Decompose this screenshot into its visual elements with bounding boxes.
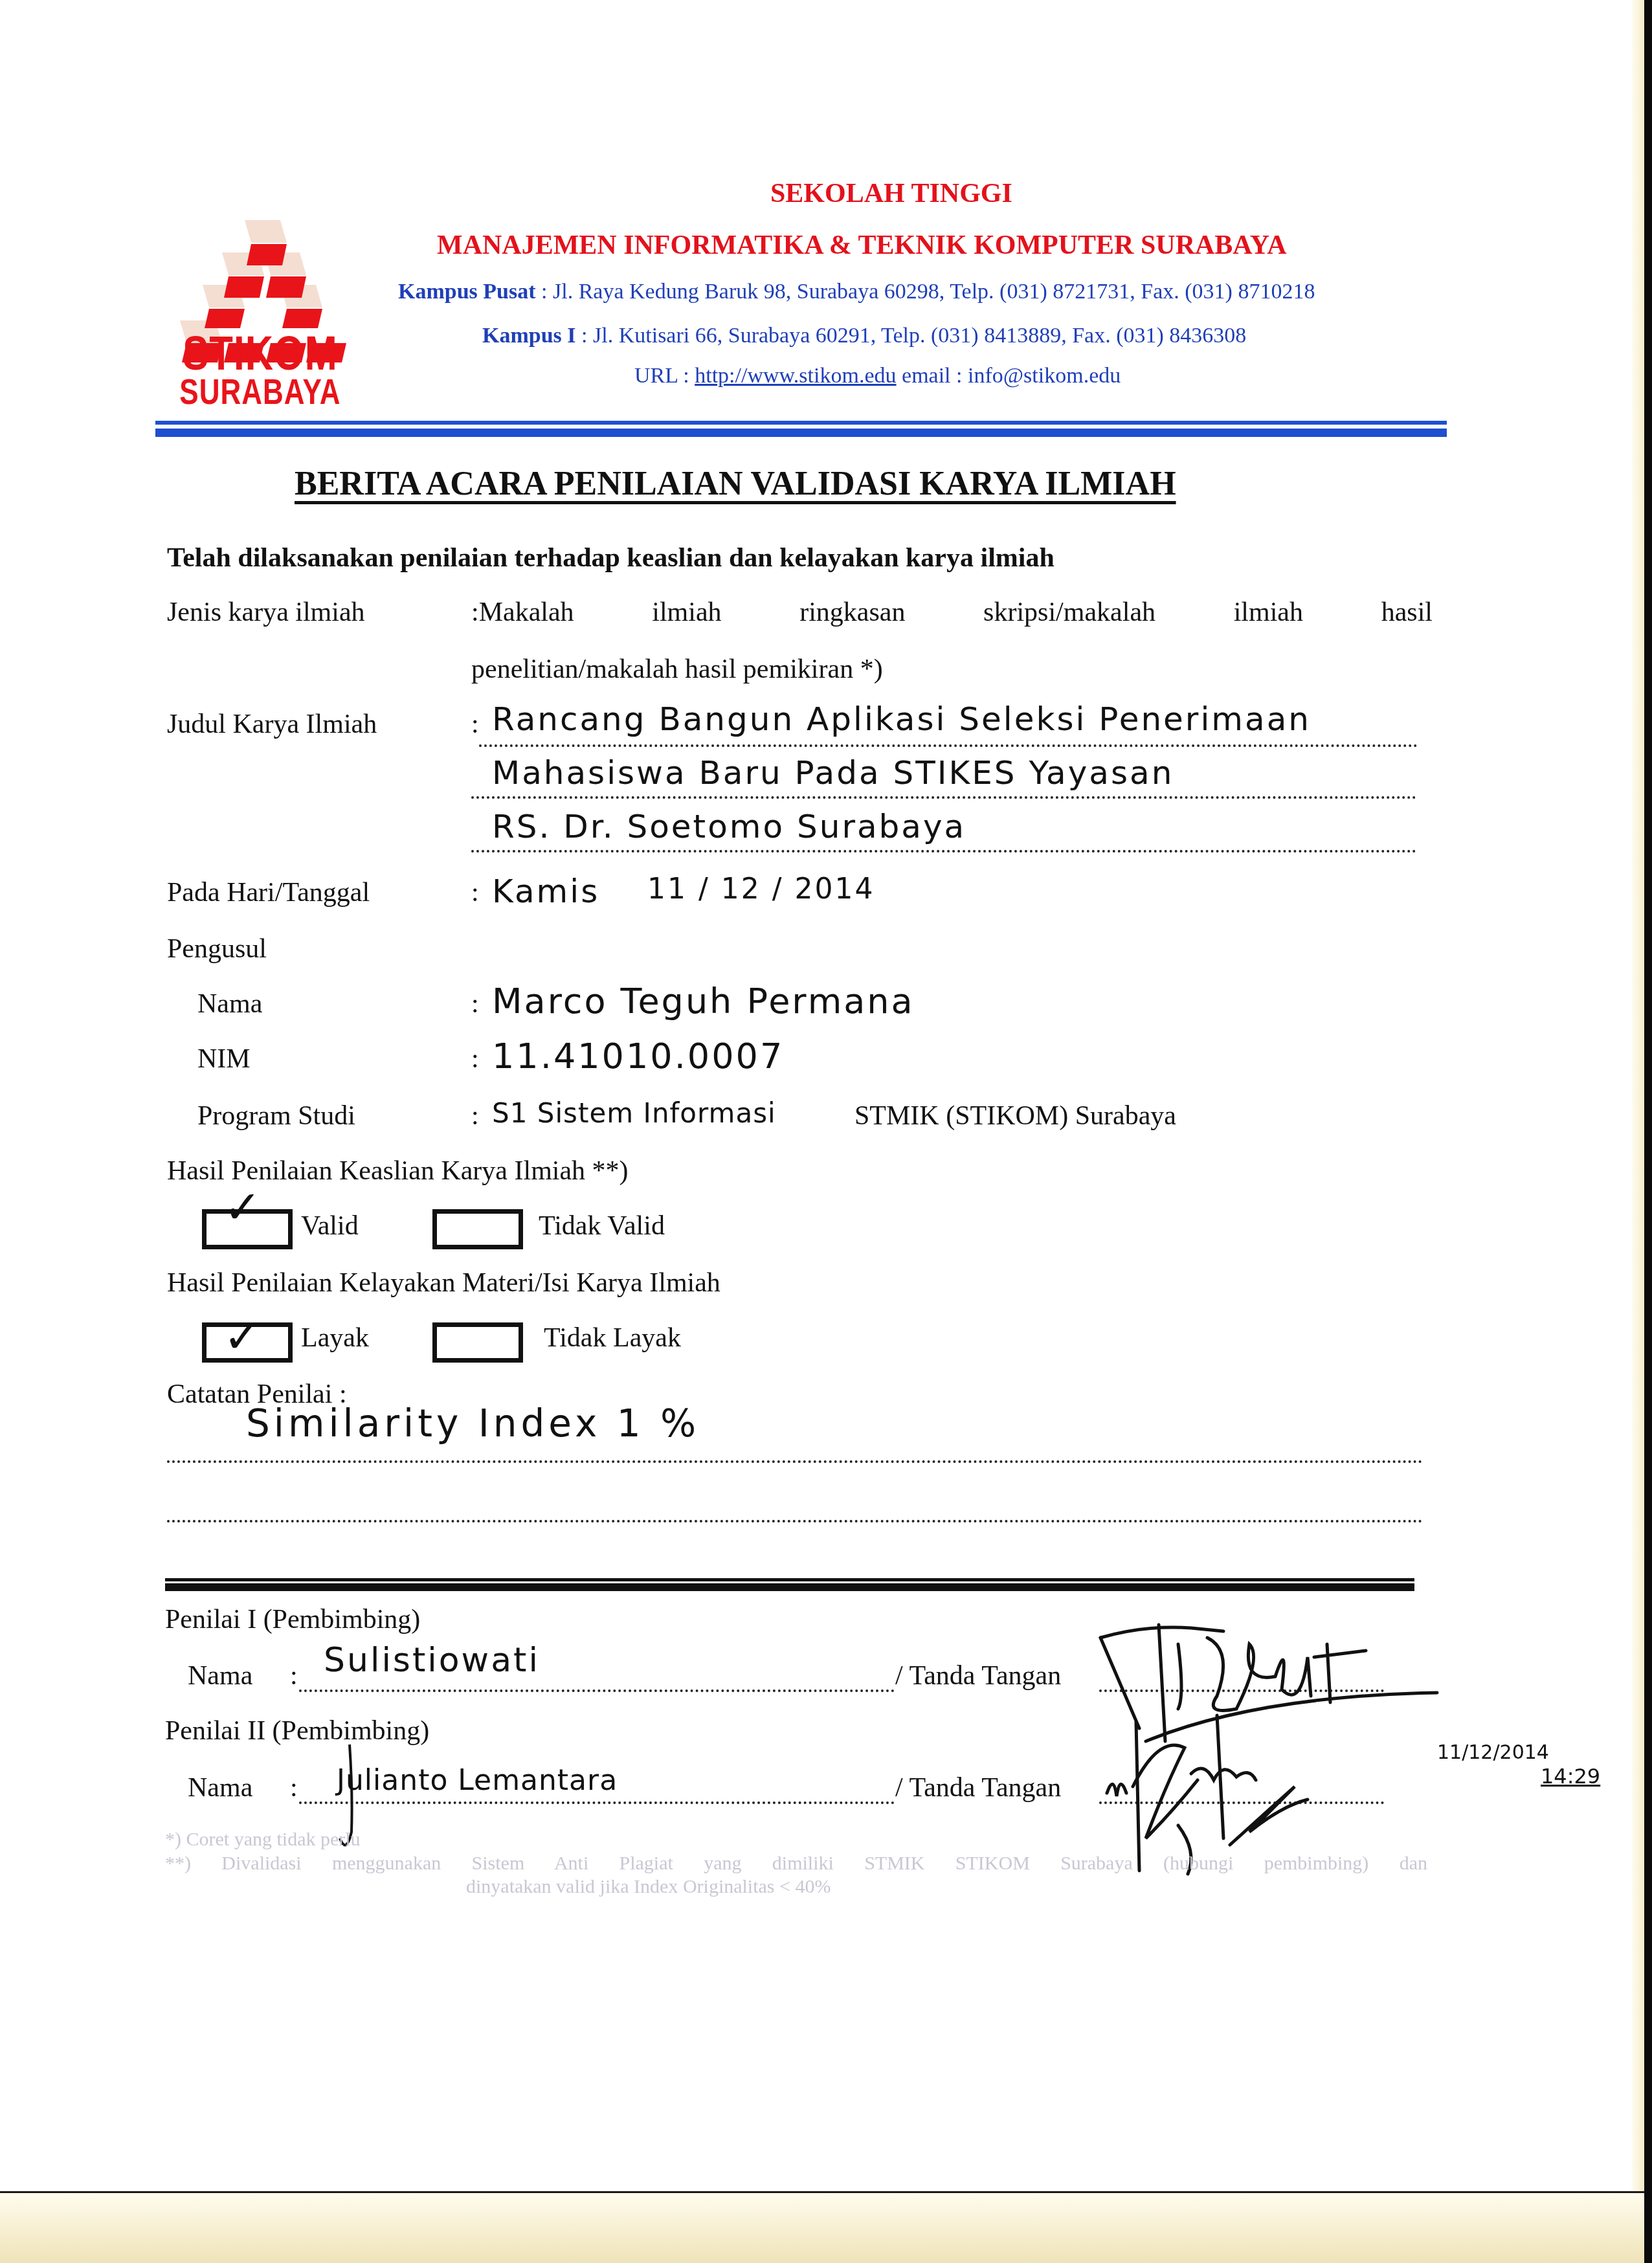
judul-colon: : bbox=[471, 709, 479, 740]
footnote-3: dinyatakan valid jika Index Originalitas… bbox=[466, 1876, 831, 1898]
penilai-2-heading: Penilai II (Pembimbing) bbox=[165, 1715, 429, 1746]
scanner-border bbox=[1644, 0, 1652, 2263]
document-title: BERITA ACARA PENILAIAN VALIDASI KARYA IL… bbox=[295, 465, 1176, 503]
campus-main-address: Kampus Pusat : Jl. Raya Kedung Baruk 98,… bbox=[398, 280, 1315, 304]
catatan-dotted-line-1 bbox=[167, 1460, 1423, 1463]
url-label: URL : bbox=[634, 364, 695, 388]
jenis-value-line-2: penelitian/makalah hasil pemikiran *) bbox=[471, 654, 883, 685]
section-divider-thick bbox=[165, 1583, 1414, 1591]
pengusul-name: Marco Teguh Permana bbox=[492, 981, 915, 1021]
penilai-1-colon: : bbox=[290, 1660, 298, 1691]
jenis-word: :Makalah bbox=[471, 597, 574, 628]
header-divider-thick bbox=[155, 429, 1447, 437]
tanggal-label: Pada Hari/Tanggal bbox=[167, 877, 370, 908]
jenis-word: ilmiah bbox=[652, 597, 721, 628]
prodi-printed: STMIK (STIKOM) Surabaya bbox=[854, 1100, 1176, 1131]
tanggal-day: Kamis bbox=[492, 873, 599, 910]
penilai-2-name-label: Nama bbox=[188, 1772, 252, 1803]
tanggal-date: 11 / 12 / 2014 bbox=[647, 873, 875, 906]
tanggal-colon: : bbox=[471, 877, 479, 908]
contact-line: URL : http://www.stikom.edu email : info… bbox=[634, 364, 1121, 388]
jenis-word: skripsi/makalah bbox=[983, 597, 1155, 628]
penilai-2-colon: : bbox=[290, 1772, 298, 1803]
judul-handwritten-line-1: Rancang Bangun Aplikasi Seleksi Penerima… bbox=[492, 700, 1311, 738]
logo-text-surabaya: SURABAYA bbox=[170, 372, 351, 413]
penilai-2-name-dotted-line bbox=[299, 1801, 895, 1804]
judul-label: Judul Karya Ilmiah bbox=[167, 709, 377, 740]
judul-dotted-line-3 bbox=[471, 850, 1416, 853]
section-divider-thin bbox=[165, 1578, 1414, 1581]
jenis-value-line-1: :Makalah ilmiah ringkasan skripsi/makala… bbox=[471, 597, 1433, 628]
penilai-2-signature-icon bbox=[1100, 1709, 1346, 1877]
page-edge-right bbox=[1631, 0, 1644, 2263]
footnote-1: *) Coret yang tidak perlu bbox=[165, 1829, 361, 1851]
penilai-2-name: Julianto Lemantara bbox=[337, 1764, 618, 1797]
kelayakan-label: Hasil Penilaian Kelayakan Materi/Isi Kar… bbox=[167, 1267, 720, 1299]
judul-dotted-line-1 bbox=[479, 744, 1418, 747]
institution-line-1: SEKOLAH TINGGI bbox=[770, 178, 1012, 209]
jenis-label: Jenis karya ilmiah bbox=[167, 597, 365, 628]
prodi-colon: : bbox=[471, 1100, 479, 1131]
penilai-2-sign-label: / Tanda Tangan bbox=[895, 1772, 1061, 1803]
campus-1-text: : Jl. Kutisari 66, Surabaya 60291, Telp.… bbox=[576, 324, 1247, 348]
intro-statement: Telah dilaksanakan penilaian terhadap ke… bbox=[167, 542, 1055, 574]
checkmark-icon: ✓ bbox=[223, 1185, 262, 1230]
catatan-dotted-line-2 bbox=[167, 1520, 1423, 1522]
nim-colon: : bbox=[471, 1043, 479, 1075]
jenis-word: ringkasan bbox=[799, 597, 905, 628]
option-tidak-valid-label: Tidak Valid bbox=[539, 1210, 665, 1242]
option-valid-label: Valid bbox=[301, 1210, 359, 1242]
jenis-word: hasil bbox=[1381, 597, 1433, 628]
penilai-1-name-dotted-line bbox=[299, 1689, 895, 1692]
checkbox-tidak-valid[interactable] bbox=[432, 1209, 523, 1249]
campus-1-address: Kampus I : Jl. Kutisari 66, Surabaya 602… bbox=[482, 324, 1246, 348]
pengusul-label: Pengusul bbox=[167, 933, 267, 964]
campus-main-label: Kampus Pusat bbox=[398, 280, 536, 304]
received-date-stamp: 11/12/2014 bbox=[1437, 1741, 1549, 1764]
catatan-handwritten: Similarity Index 1 % bbox=[246, 1401, 700, 1445]
nama-label: Nama bbox=[197, 988, 262, 1020]
penilai-1-sign-label: / Tanda Tangan bbox=[895, 1660, 1061, 1691]
checkbox-tidak-layak[interactable] bbox=[432, 1322, 523, 1363]
option-layak-label: Layak bbox=[301, 1322, 369, 1354]
judul-handwritten-line-3: RS. Dr. Soetomo Surabaya bbox=[492, 808, 966, 845]
nim-label: NIM bbox=[197, 1043, 251, 1075]
judul-handwritten-line-2: Mahasiswa Baru Pada STIKES Yayasan bbox=[492, 754, 1174, 792]
judul-dotted-line-2 bbox=[471, 796, 1416, 799]
prodi-label: Program Studi bbox=[197, 1100, 355, 1131]
checkmark-icon: ✓ bbox=[223, 1314, 262, 1359]
penilai-1-name: Sulistiowati bbox=[324, 1641, 540, 1680]
email-text: email : info@stikom.edu bbox=[897, 364, 1121, 388]
website-link[interactable]: http://www.stikom.edu bbox=[695, 364, 896, 388]
institution-line-2: MANAJEMEN INFORMATIKA & TEKNIK KOMPUTER … bbox=[437, 230, 1287, 261]
received-time-stamp: 14:29 bbox=[1541, 1764, 1600, 1789]
prodi-handwritten: S1 Sistem Informasi bbox=[492, 1097, 776, 1129]
campus-main-text: : Jl. Raya Kedung Baruk 98, Surabaya 602… bbox=[536, 280, 1315, 304]
penilai-1-heading: Penilai I (Pembimbing) bbox=[165, 1604, 420, 1635]
campus-1-label: Kampus I bbox=[482, 324, 576, 348]
pengusul-nim: 11.41010.0007 bbox=[492, 1036, 784, 1076]
header-divider-thin bbox=[155, 421, 1447, 425]
footnote-2: **) Divalidasi menggunakan Sistem Anti P… bbox=[165, 1853, 1427, 1875]
jenis-word: ilmiah bbox=[1234, 597, 1303, 628]
penilai-1-name-label: Nama bbox=[188, 1660, 252, 1691]
option-tidak-layak-label: Tidak Layak bbox=[544, 1322, 681, 1354]
page-edge-bottom bbox=[0, 2191, 1644, 2263]
nama-colon: : bbox=[471, 988, 479, 1020]
